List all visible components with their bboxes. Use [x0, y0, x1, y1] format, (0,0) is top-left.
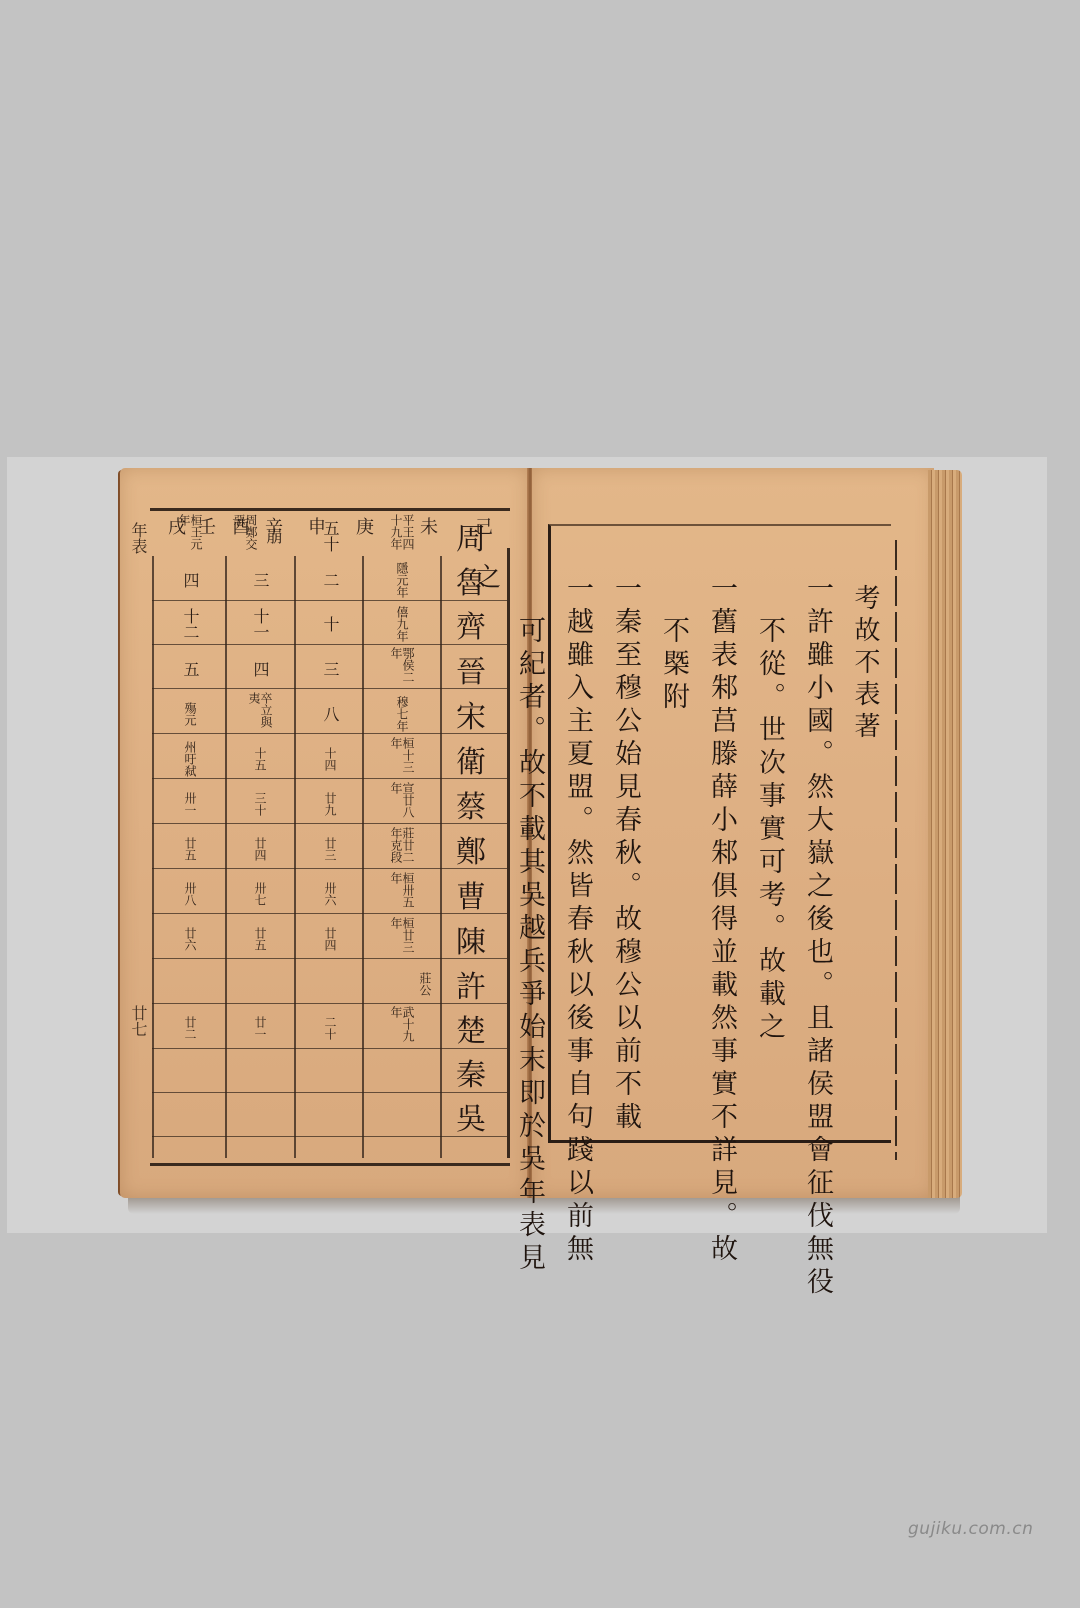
table-cell: 八 [300, 692, 360, 736]
text-column: 不槩附 [652, 616, 694, 1134]
table-cell: 桓十三年 [372, 737, 432, 781]
table-cell: 卅六 [300, 872, 360, 916]
state-label: 楚 [448, 1006, 494, 1050]
text-column: 可紀者。故不載其吳越兵爭始末即於吳年表見 [508, 616, 550, 1134]
table-cell: 僖九年 [372, 602, 432, 646]
table-cell: 卅八 [160, 872, 220, 916]
state-label: 衛 [448, 737, 494, 781]
text-column: 一許雖小國。然大嶽之後也。且諸侯盟會征伐無役 [796, 574, 838, 1134]
text-column: 一秦至穆公始見春秋。故穆公以前不載 [604, 574, 646, 1134]
table-cell: 卅七 [230, 872, 290, 916]
margin-label-page-number: 廿七 [127, 1005, 150, 1037]
column-divider [225, 556, 227, 1158]
state-label: 陳 [448, 917, 494, 961]
text-column: 一越雖入主夏盟。然皆春秋以後事自句踐以前無 [556, 574, 598, 1134]
header-suffix: 之 [475, 557, 501, 594]
table-cell: 五 [160, 647, 220, 691]
table-cell: 三十 [230, 782, 290, 826]
table-cell: 州吁弒 [160, 737, 220, 781]
table-cell: 桓廿三年 [372, 917, 432, 961]
table-cell: 五十 [300, 514, 360, 558]
state-label: 曹 [448, 872, 494, 916]
table-cell: 廿四 [230, 827, 290, 871]
table-cell: 十 [300, 602, 360, 646]
table-cell: 殤元 [160, 692, 220, 736]
table-cell: 廿四 [300, 917, 360, 961]
table-cell: 桓卅五年 [372, 872, 432, 916]
table-cell: 四 [230, 647, 290, 691]
table-cell: 十四 [300, 737, 360, 781]
column-divider [294, 556, 296, 1158]
state-label: 秦 [448, 1050, 494, 1094]
table-cell: 廿三 [300, 827, 360, 871]
table-cell: 莊廿二年克段 [372, 827, 432, 871]
table-cell: 十五 [230, 737, 290, 781]
watermark: gujiku.com.cn [908, 1519, 1033, 1539]
table-cell: 武十九年 [372, 1006, 432, 1050]
table-cell: 四 [160, 558, 220, 602]
table-cell: 鄂侯二年 [372, 647, 432, 691]
state-label: 鄭 [448, 827, 494, 871]
table-cell: 三 [300, 647, 360, 691]
table-cell: 二十 [300, 1006, 360, 1050]
state-label: 晉 [448, 647, 494, 691]
state-label: 蔡 [448, 782, 494, 826]
table-cell: 桓王元年 [160, 514, 220, 558]
text-column: 一舊表邾莒滕薛小邾俱得並載然事實不詳見。故 [700, 574, 742, 1134]
table-cell: 二 [300, 558, 360, 602]
table-cell: 崩 [258, 514, 288, 558]
text-column: 不從。世次事實可考。故載之 [748, 616, 790, 1134]
table-cell: 十一 [230, 602, 290, 646]
table-cell: 周鄭交惡 [228, 514, 262, 558]
state-label: 齊 [448, 602, 494, 646]
table-cell: 廿五 [160, 827, 220, 871]
margin-label-top: 年表 [127, 522, 150, 554]
table-cell: 三 [230, 558, 290, 602]
text-columns: 考故不表著 一許雖小國。然大嶽之後也。且諸侯盟會征伐無役 不從。世次事實可考。故… [556, 574, 886, 1134]
column-divider [440, 556, 442, 1158]
table-cell: 隱元年 [372, 558, 432, 602]
table-cell: 廿二 [160, 1006, 220, 1050]
state-label: 周 [448, 514, 494, 558]
section-title: 考故不表著 [844, 584, 886, 1134]
state-label: 吳 [448, 1094, 494, 1138]
table-cell: 平王四十九年 [372, 514, 432, 558]
right-page-edge [928, 470, 962, 1198]
margin-rule [895, 540, 897, 1160]
table-cell: 穆七年 [372, 692, 432, 736]
table-cell: 廿五 [230, 917, 290, 961]
state-label: 宋 [448, 692, 494, 736]
table-cell: 卒立與夷 [230, 692, 290, 736]
table-cell: 廿六 [160, 917, 220, 961]
table-cell: 莊公 [395, 962, 455, 1006]
table-cell: 廿九 [300, 782, 360, 826]
table-cell: 廿一 [230, 1006, 290, 1050]
table-cell: 宣廿八年 [372, 782, 432, 826]
table-cell: 十二 [160, 602, 220, 646]
column-divider [362, 556, 364, 1158]
table-cell: 卅一 [160, 782, 220, 826]
column-divider [152, 556, 154, 1158]
